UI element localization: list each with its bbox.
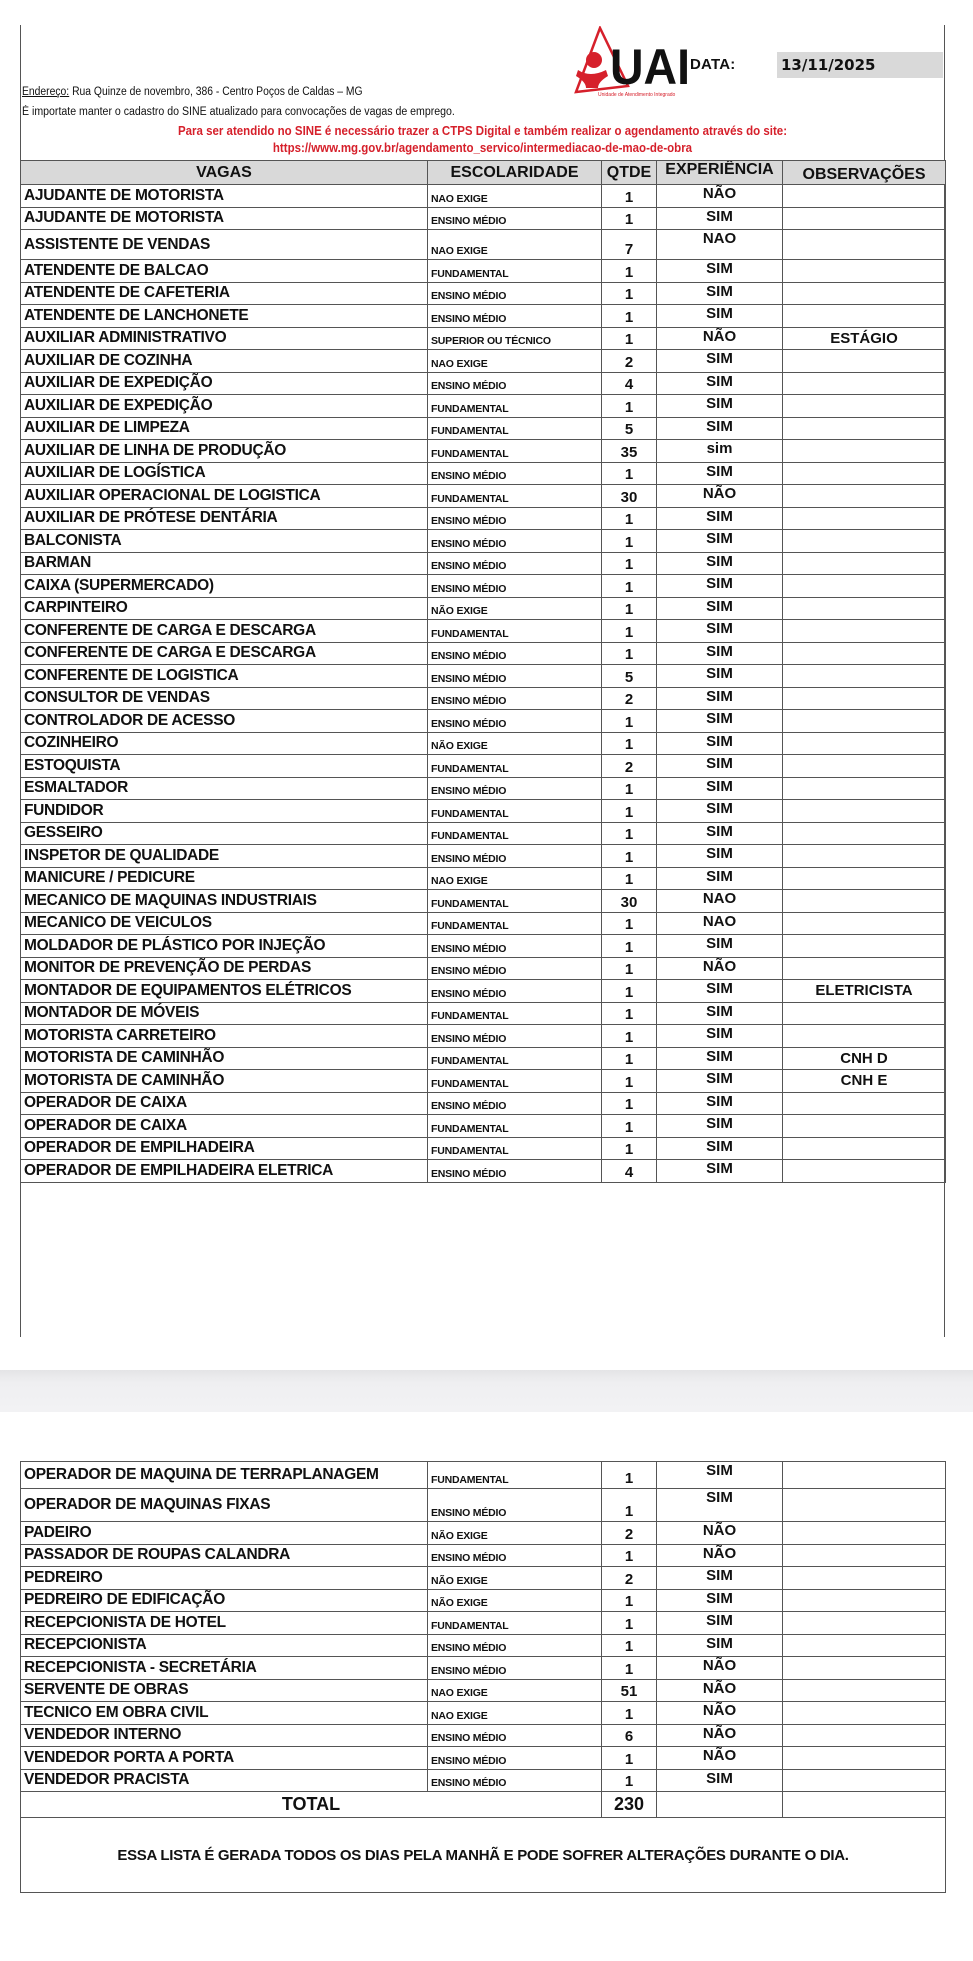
table-row: VENDEDOR PRACISTAENSINO MÉDIO1SIM (21, 1769, 946, 1792)
job-title-cell: AUXILIAR ADMINISTRATIVO (21, 327, 428, 350)
observations-cell (783, 1589, 946, 1612)
education-cell: ENSINO MÉDIO (428, 1769, 602, 1792)
job-title-cell: AUXILIAR DE LOGÍSTICA (21, 462, 428, 485)
education-cell: NAO EXIGE (428, 185, 602, 208)
table-row: GESSEIROFUNDAMENTAL1SIM (21, 822, 946, 845)
table-row: AJUDANTE DE MOTORISTAENSINO MÉDIO1SIM (21, 207, 946, 230)
experience-cell: NÃO (657, 957, 783, 980)
total-empty-cell (783, 1792, 946, 1818)
observations-cell (783, 485, 946, 508)
education-cell: FUNDAMENTAL (428, 800, 602, 823)
education-cell: FUNDAMENTAL (428, 822, 602, 845)
job-title-cell: FUNDIDOR (21, 800, 428, 823)
table-row: BARMANENSINO MÉDIO1SIM (21, 552, 946, 575)
experience-cell: SIM (657, 1092, 783, 1115)
job-title-cell: OPERADOR DE MAQUINA DE TERRAPLANAGEM (21, 1462, 428, 1489)
table-row: ESTOQUISTAFUNDAMENTAL2SIM (21, 755, 946, 778)
education-cell: NÃO EXIGE (428, 1522, 602, 1545)
observations-cell: ESTÁGIO (783, 327, 946, 350)
table-row: TECNICO EM OBRA CIVILNAO EXIGE1NÃO (21, 1702, 946, 1725)
experience-cell: SIM (657, 845, 783, 868)
job-title-cell: CONSULTOR DE VENDAS (21, 687, 428, 710)
experience-cell: NÃO (657, 185, 783, 208)
education-cell: FUNDAMENTAL (428, 440, 602, 463)
total-row: TOTAL 230 (21, 1792, 946, 1818)
quantity-cell: 1 (602, 1657, 657, 1680)
education-cell: NÃO EXIGE (428, 1589, 602, 1612)
table-row: MANICURE / PEDICURENAO EXIGE1SIM (21, 867, 946, 890)
table-row: AUXILIAR DE LINHA DE PRODUÇÃOFUNDAMENTAL… (21, 440, 946, 463)
observations-cell (783, 1115, 946, 1138)
education-cell: ENSINO MÉDIO (428, 372, 602, 395)
footer-note-row: ESSA LISTA É GERADA TODOS OS DIAS PELA M… (21, 1818, 946, 1893)
observations-cell (783, 710, 946, 733)
quantity-cell: 1 (602, 777, 657, 800)
experience-cell: SIM (657, 1489, 783, 1522)
quantity-cell: 1 (602, 1769, 657, 1792)
experience-cell: NÃO (657, 1522, 783, 1545)
job-title-cell: TECNICO EM OBRA CIVIL (21, 1702, 428, 1725)
total-value: 230 (602, 1792, 657, 1818)
education-cell: SUPERIOR OU TÉCNICO (428, 327, 602, 350)
quantity-cell: 1 (602, 1002, 657, 1025)
observations-cell (783, 395, 946, 418)
experience-cell: NÃO (657, 1724, 783, 1747)
job-title-cell: AJUDANTE DE MOTORISTA (21, 207, 428, 230)
experience-cell: SIM (657, 552, 783, 575)
observations-cell (783, 732, 946, 755)
table-row: MECANICO DE MAQUINAS INDUSTRIAISFUNDAMEN… (21, 890, 946, 913)
quantity-cell: 1 (602, 732, 657, 755)
experience-cell: SIM (657, 530, 783, 553)
quantity-cell: 1 (602, 800, 657, 823)
education-cell: ENSINO MÉDIO (428, 462, 602, 485)
observations-cell (783, 1634, 946, 1657)
experience-cell: SIM (657, 1137, 783, 1160)
table-row: VENDEDOR INTERNOENSINO MÉDIO6NÃO (21, 1724, 946, 1747)
experience-cell: SIM (657, 1567, 783, 1590)
experience-cell: SIM (657, 350, 783, 373)
observations-cell (783, 305, 946, 328)
page-separator (0, 1370, 973, 1412)
experience-cell: SIM (657, 1002, 783, 1025)
job-title-cell: AUXILIAR DE COZINHA (21, 350, 428, 373)
quantity-cell: 1 (602, 1489, 657, 1522)
observations-cell (783, 207, 946, 230)
observations-cell (783, 440, 946, 463)
quantity-cell: 1 (602, 507, 657, 530)
job-title-cell: AUXILIAR DE LINHA DE PRODUÇÃO (21, 440, 428, 463)
job-title-cell: OPERADOR DE EMPILHADEIRA ELETRICA (21, 1160, 428, 1183)
sine-requirement-notice: Para ser atendido no SINE é necessário t… (57, 124, 908, 138)
observations-cell (783, 845, 946, 868)
education-cell: ENSINO MÉDIO (428, 207, 602, 230)
quantity-cell: 4 (602, 372, 657, 395)
experience-cell: NAO (657, 230, 783, 260)
job-title-cell: ASSISTENTE DE VENDAS (21, 230, 428, 260)
observations-cell (783, 620, 946, 643)
address-label: Endereço: (22, 86, 69, 98)
observations-cell (783, 1544, 946, 1567)
quantity-cell: 1 (602, 1634, 657, 1657)
experience-cell: SIM (657, 755, 783, 778)
experience-cell: SIM (657, 642, 783, 665)
quantity-cell: 2 (602, 1522, 657, 1545)
education-cell: ENSINO MÉDIO (428, 665, 602, 688)
quantity-cell: 1 (602, 1092, 657, 1115)
table-row: MOTORISTA DE CAMINHÃOFUNDAMENTAL1SIMCNH … (21, 1047, 946, 1070)
experience-cell: NAO (657, 890, 783, 913)
job-title-cell: COZINHEIRO (21, 732, 428, 755)
experience-cell: SIM (657, 597, 783, 620)
experience-cell: NAO (657, 912, 783, 935)
job-title-cell: RECEPCIONISTA DE HOTEL (21, 1612, 428, 1635)
observations-cell (783, 957, 946, 980)
observations-cell (783, 755, 946, 778)
education-cell: FUNDAMENTAL (428, 1462, 602, 1489)
quantity-cell: 2 (602, 755, 657, 778)
experience-cell: SIM (657, 462, 783, 485)
observations-cell (783, 372, 946, 395)
experience-cell: SIM (657, 507, 783, 530)
table-row: RECEPCIONISTA - SECRETÁRIAENSINO MÉDIO1N… (21, 1657, 946, 1680)
jobs-table-page-2: OPERADOR DE MAQUINA DE TERRAPLANAGEMFUND… (20, 1461, 946, 1893)
job-title-cell: CONFERENTE DE CARGA E DESCARGA (21, 642, 428, 665)
education-cell: NAO EXIGE (428, 1702, 602, 1725)
education-cell: FUNDAMENTAL (428, 417, 602, 440)
table-row: MOTORISTA CARRETEIROENSINO MÉDIO1SIM (21, 1025, 946, 1048)
job-title-cell: SERVENTE DE OBRAS (21, 1679, 428, 1702)
education-cell: NÃO EXIGE (428, 1567, 602, 1590)
quantity-cell: 1 (602, 327, 657, 350)
table-row: BALCONISTAENSINO MÉDIO1SIM (21, 530, 946, 553)
column-header-experiencia: EXPERIÊNCIA (657, 161, 783, 185)
education-cell: ENSINO MÉDIO (428, 687, 602, 710)
job-title-cell: ATENDENTE DE CAFETERIA (21, 282, 428, 305)
table-row: PEDREIRO DE EDIFICAÇÃONÃO EXIGE1SIM (21, 1589, 946, 1612)
job-title-cell: MECANICO DE VEICULOS (21, 912, 428, 935)
job-title-cell: CARPINTEIRO (21, 597, 428, 620)
table-row: MONITOR DE PREVENÇÃO DE PERDASENSINO MÉD… (21, 957, 946, 980)
observations-cell (783, 185, 946, 208)
table-row: OPERADOR DE MAQUINA DE TERRAPLANAGEMFUND… (21, 1462, 946, 1489)
job-title-cell: RECEPCIONISTA (21, 1634, 428, 1657)
quantity-cell: 1 (602, 1544, 657, 1567)
quantity-cell: 5 (602, 665, 657, 688)
observations-cell (783, 1724, 946, 1747)
quantity-cell: 1 (602, 207, 657, 230)
observations-cell (783, 1462, 946, 1489)
job-title-cell: PEDREIRO (21, 1567, 428, 1590)
job-title-cell: INSPETOR DE QUALIDADE (21, 845, 428, 868)
observations-cell (783, 1679, 946, 1702)
education-cell: ENSINO MÉDIO (428, 1092, 602, 1115)
observations-cell (783, 1092, 946, 1115)
job-title-cell: MOTORISTA DE CAMINHÃO (21, 1070, 428, 1093)
quantity-cell: 1 (602, 1137, 657, 1160)
observations-cell: ELETRICISTA (783, 980, 946, 1003)
table-header-row: VAGAS ESCOLARIDADE QTDE EXPERIÊNCIA OBSE… (21, 161, 946, 185)
observations-cell (783, 1025, 946, 1048)
table-row: OPERADOR DE CAIXAFUNDAMENTAL1SIM (21, 1115, 946, 1138)
observations-cell (783, 260, 946, 283)
quantity-cell: 7 (602, 230, 657, 260)
quantity-cell: 1 (602, 597, 657, 620)
education-cell: ENSINO MÉDIO (428, 1544, 602, 1567)
job-title-cell: BALCONISTA (21, 530, 428, 553)
observations-cell (783, 912, 946, 935)
table-row: ESMALTADORENSINO MÉDIO1SIM (21, 777, 946, 800)
observations-cell (783, 1769, 946, 1792)
job-title-cell: MONTADOR DE MÓVEIS (21, 1002, 428, 1025)
quantity-cell: 2 (602, 350, 657, 373)
experience-cell: SIM (657, 687, 783, 710)
table-row: OPERADOR DE EMPILHADEIRAFUNDAMENTAL1SIM (21, 1137, 946, 1160)
experience-cell: SIM (657, 282, 783, 305)
table-row: AUXILIAR ADMINISTRATIVOSUPERIOR OU TÉCNI… (21, 327, 946, 350)
quantity-cell: 1 (602, 912, 657, 935)
table-row: CARPINTEIRONÃO EXIGE1SIM (21, 597, 946, 620)
experience-cell: SIM (657, 1462, 783, 1489)
education-cell: ENSINO MÉDIO (428, 1657, 602, 1680)
table-row: RECEPCIONISTA DE HOTELFUNDAMENTAL1SIM (21, 1612, 946, 1635)
table-row: MOTORISTA DE CAMINHÃOFUNDAMENTAL1SIMCNH … (21, 1070, 946, 1093)
quantity-cell: 1 (602, 1047, 657, 1070)
experience-cell: SIM (657, 867, 783, 890)
jobs-table-page-1: VAGAS ESCOLARIDADE QTDE EXPERIÊNCIA OBSE… (20, 160, 946, 1183)
education-cell: FUNDAMENTAL (428, 1047, 602, 1070)
column-header-vagas: VAGAS (21, 161, 428, 185)
job-title-cell: ESMALTADOR (21, 777, 428, 800)
table-row: AJUDANTE DE MOTORISTANAO EXIGE1NÃO (21, 185, 946, 208)
job-title-cell: ATENDENTE DE BALCAO (21, 260, 428, 283)
experience-cell: SIM (657, 620, 783, 643)
education-cell: ENSINO MÉDIO (428, 552, 602, 575)
page-1: UAI Unidade de Atendimento Integrado DAT… (0, 0, 973, 1370)
observations-cell (783, 822, 946, 845)
quantity-cell: 1 (602, 305, 657, 328)
education-cell: NAO EXIGE (428, 350, 602, 373)
experience-cell: SIM (657, 732, 783, 755)
quantity-cell: 1 (602, 1747, 657, 1770)
total-empty-cell (657, 1792, 783, 1818)
experience-cell: NÃO (657, 1747, 783, 1770)
observations-cell (783, 1522, 946, 1545)
education-cell: ENSINO MÉDIO (428, 777, 602, 800)
quantity-cell: 1 (602, 1612, 657, 1635)
table-row: VENDEDOR PORTA A PORTAENSINO MÉDIO1NÃO (21, 1747, 946, 1770)
table-row: PEDREIRONÃO EXIGE2SIM (21, 1567, 946, 1590)
job-title-cell: MECANICO DE MAQUINAS INDUSTRIAIS (21, 890, 428, 913)
experience-cell: sim (657, 440, 783, 463)
observations-cell (783, 777, 946, 800)
table-row: SERVENTE DE OBRASNAO EXIGE51NÃO (21, 1679, 946, 1702)
quantity-cell: 1 (602, 530, 657, 553)
observations-cell (783, 800, 946, 823)
observations-cell (783, 1137, 946, 1160)
table-row: CONTROLADOR DE ACESSOENSINO MÉDIO1SIM (21, 710, 946, 733)
experience-cell: SIM (657, 1634, 783, 1657)
observations-cell (783, 417, 946, 440)
education-cell: NÃO EXIGE (428, 732, 602, 755)
education-cell: ENSINO MÉDIO (428, 282, 602, 305)
experience-cell: SIM (657, 800, 783, 823)
table-row: CONSULTOR DE VENDASENSINO MÉDIO2SIM (21, 687, 946, 710)
observations-cell: CNH D (783, 1047, 946, 1070)
experience-cell: SIM (657, 207, 783, 230)
education-cell: ENSINO MÉDIO (428, 305, 602, 328)
table-row: OPERADOR DE CAIXAENSINO MÉDIO1SIM (21, 1092, 946, 1115)
observations-cell (783, 530, 946, 553)
education-cell: FUNDAMENTAL (428, 620, 602, 643)
experience-cell: NÃO (657, 1544, 783, 1567)
observations-cell (783, 575, 946, 598)
job-title-cell: PEDREIRO DE EDIFICAÇÃO (21, 1589, 428, 1612)
table-row: PADEIRONÃO EXIGE2NÃO (21, 1522, 946, 1545)
quantity-cell: 1 (602, 1025, 657, 1048)
experience-cell: SIM (657, 710, 783, 733)
quantity-cell: 1 (602, 575, 657, 598)
quantity-cell: 2 (602, 687, 657, 710)
table-row: CAIXA (SUPERMERCADO)ENSINO MÉDIO1SIM (21, 575, 946, 598)
table-row: AUXILIAR DE LOGÍSTICAENSINO MÉDIO1SIM (21, 462, 946, 485)
experience-cell: SIM (657, 1160, 783, 1183)
table-row: ATENDENTE DE CAFETERIAENSINO MÉDIO1SIM (21, 282, 946, 305)
observations-cell (783, 350, 946, 373)
job-title-cell: MOTORISTA DE CAMINHÃO (21, 1047, 428, 1070)
experience-cell: SIM (657, 1025, 783, 1048)
job-title-cell: MONTADOR DE EQUIPAMENTOS ELÉTRICOS (21, 980, 428, 1003)
column-header-escolaridade: ESCOLARIDADE (428, 161, 602, 185)
quantity-cell: 1 (602, 395, 657, 418)
table-row: AUXILIAR DE PRÓTESE DENTÁRIAENSINO MÉDIO… (21, 507, 946, 530)
experience-cell: NÃO (657, 485, 783, 508)
job-title-cell: GESSEIRO (21, 822, 428, 845)
observations-cell (783, 665, 946, 688)
experience-cell: SIM (657, 1589, 783, 1612)
page-2: OPERADOR DE MAQUINA DE TERRAPLANAGEMFUND… (0, 1412, 973, 1961)
quantity-cell: 1 (602, 980, 657, 1003)
table-row: PASSADOR DE ROUPAS CALANDRAENSINO MÉDIO1… (21, 1544, 946, 1567)
quantity-cell: 4 (602, 1160, 657, 1183)
job-title-cell: PADEIRO (21, 1522, 428, 1545)
column-header-qtde: QTDE (602, 161, 657, 185)
education-cell: FUNDAMENTAL (428, 755, 602, 778)
job-title-cell: ESTOQUISTA (21, 755, 428, 778)
education-cell: NAO EXIGE (428, 867, 602, 890)
observations-cell (783, 507, 946, 530)
job-title-cell: VENDEDOR PORTA A PORTA (21, 1747, 428, 1770)
table-row: OPERADOR DE MAQUINAS FIXASENSINO MÉDIO1S… (21, 1489, 946, 1522)
quantity-cell: 1 (602, 462, 657, 485)
table-row: ATENDENTE DE BALCAOFUNDAMENTAL1SIM (21, 260, 946, 283)
quantity-cell: 1 (602, 867, 657, 890)
table-row: AUXILIAR DE LIMPEZAFUNDAMENTAL5SIM (21, 417, 946, 440)
experience-cell: SIM (657, 777, 783, 800)
experience-cell: SIM (657, 665, 783, 688)
education-cell: FUNDAMENTAL (428, 395, 602, 418)
observations-cell: CNH E (783, 1070, 946, 1093)
observations-cell (783, 552, 946, 575)
observations-cell (783, 867, 946, 890)
observations-cell (783, 1612, 946, 1635)
education-cell: FUNDAMENTAL (428, 260, 602, 283)
job-title-cell: AUXILIAR DE LIMPEZA (21, 417, 428, 440)
experience-cell: SIM (657, 1070, 783, 1093)
quantity-cell: 35 (602, 440, 657, 463)
observations-cell (783, 597, 946, 620)
observations-cell (783, 282, 946, 305)
quantity-cell: 1 (602, 1702, 657, 1725)
quantity-cell: 1 (602, 822, 657, 845)
column-header-observacoes: OBSERVAÇÕES (783, 161, 946, 185)
quantity-cell: 1 (602, 1462, 657, 1489)
table-row: CONFERENTE DE LOGISTICAENSINO MÉDIO5SIM (21, 665, 946, 688)
table-row: ASSISTENTE DE VENDASNAO EXIGE7NAO (21, 230, 946, 260)
observations-cell (783, 935, 946, 958)
quantity-cell: 1 (602, 260, 657, 283)
quantity-cell: 1 (602, 845, 657, 868)
date-value: 13/11/2025 (777, 52, 943, 78)
experience-cell: SIM (657, 305, 783, 328)
observations-cell (783, 1160, 946, 1183)
observations-cell (783, 1702, 946, 1725)
experience-cell: SIM (657, 822, 783, 845)
education-cell: ENSINO MÉDIO (428, 1160, 602, 1183)
observations-cell (783, 1489, 946, 1522)
quantity-cell: 1 (602, 185, 657, 208)
table-row: FUNDIDORFUNDAMENTAL1SIM (21, 800, 946, 823)
table-row: AUXILIAR OPERACIONAL DE LOGISTICAFUNDAME… (21, 485, 946, 508)
job-title-cell: VENDEDOR PRACISTA (21, 1769, 428, 1792)
observations-cell (783, 230, 946, 260)
observations-cell (783, 1002, 946, 1025)
job-title-cell: AUXILIAR DE EXPEDIÇÃO (21, 395, 428, 418)
education-cell: ENSINO MÉDIO (428, 957, 602, 980)
scheduling-url-link[interactable]: https://www.mg.gov.br/agendamento_servic… (57, 141, 908, 155)
education-cell: FUNDAMENTAL (428, 1612, 602, 1635)
quantity-cell: 1 (602, 552, 657, 575)
table-row: MOLDADOR DE PLÁSTICO POR INJEÇÃOENSINO M… (21, 935, 946, 958)
job-title-cell: MOTORISTA CARRETEIRO (21, 1025, 428, 1048)
job-title-cell: MOLDADOR DE PLÁSTICO POR INJEÇÃO (21, 935, 428, 958)
address-value: Rua Quinze de novembro, 386 - Centro Poç… (69, 86, 362, 98)
observations-cell (783, 642, 946, 665)
experience-cell: SIM (657, 1115, 783, 1138)
education-cell: ENSINO MÉDIO (428, 845, 602, 868)
job-title-cell: AJUDANTE DE MOTORISTA (21, 185, 428, 208)
education-cell: ENSINO MÉDIO (428, 1724, 602, 1747)
experience-cell: SIM (657, 575, 783, 598)
education-cell: ENSINO MÉDIO (428, 530, 602, 553)
table-row: MONTADOR DE MÓVEISFUNDAMENTAL1SIM (21, 1002, 946, 1025)
experience-cell: SIM (657, 395, 783, 418)
quantity-cell: 30 (602, 485, 657, 508)
experience-cell: NÃO (657, 1679, 783, 1702)
observations-cell (783, 890, 946, 913)
education-cell: ENSINO MÉDIO (428, 935, 602, 958)
experience-cell: SIM (657, 260, 783, 283)
date-label: DATA: (690, 56, 735, 73)
quantity-cell: 1 (602, 957, 657, 980)
education-cell: ENSINO MÉDIO (428, 1747, 602, 1770)
experience-cell: SIM (657, 980, 783, 1003)
total-label: TOTAL (21, 1792, 602, 1818)
quantity-cell: 2 (602, 1567, 657, 1590)
job-title-cell: AUXILIAR DE EXPEDIÇÃO (21, 372, 428, 395)
experience-cell: NÃO (657, 327, 783, 350)
quantity-cell: 1 (602, 1589, 657, 1612)
